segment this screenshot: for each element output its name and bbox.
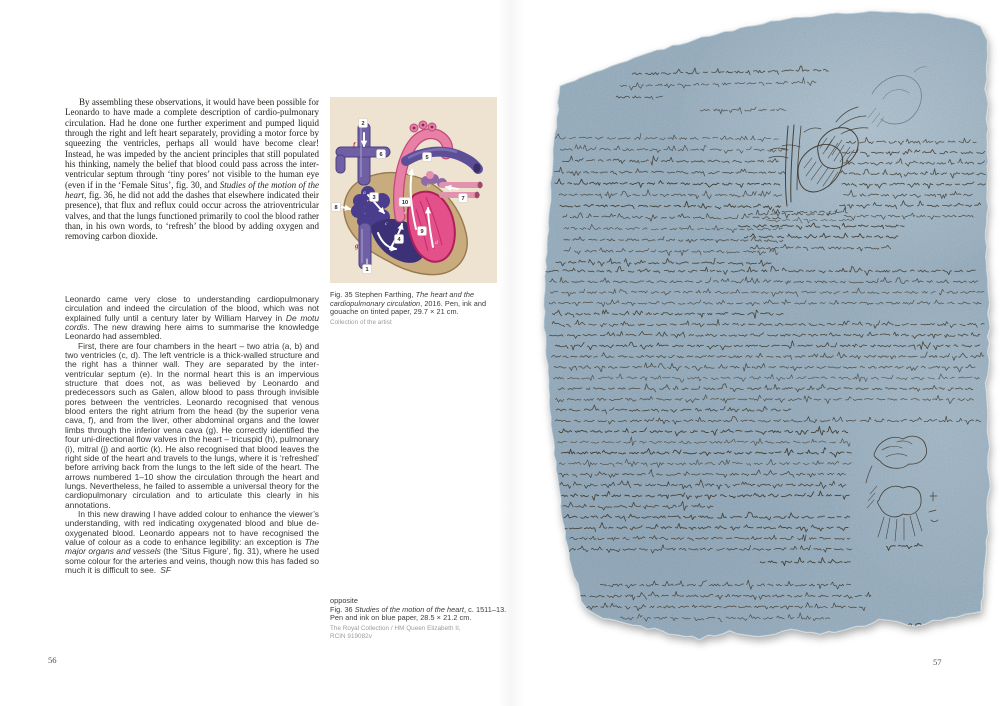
- page-number-left: 56: [48, 655, 57, 665]
- commentary-paragraph-3: In this new drawing I have added colour …: [65, 510, 319, 575]
- svg-text:3: 3: [372, 195, 375, 201]
- manuscript-artwork-fig36: [520, 0, 1000, 706]
- heart-diagram-image: 12345678910fgabcde: [330, 97, 497, 283]
- svg-text:a: a: [363, 190, 366, 196]
- svg-text:1: 1: [365, 267, 368, 273]
- svg-text:7: 7: [461, 196, 464, 202]
- intro-paragraph-text: By assembling these observations, it wou…: [65, 97, 319, 241]
- figure-36-credit-line1: The Royal Collection / HM Queen Elizabet…: [330, 625, 514, 633]
- commentary-paragraph-1: Leonardo came very close to understandin…: [65, 295, 319, 342]
- figure-36-caption: opposite Fig. 36 Studies of the motion o…: [330, 597, 514, 640]
- figure-35-credit: Collection of the artist: [330, 319, 514, 327]
- svg-text:8: 8: [334, 205, 337, 211]
- figure-35-caption: Fig. 35 Stephen Farthing, The heart and …: [330, 291, 514, 327]
- svg-text:10: 10: [402, 200, 408, 206]
- svg-text:5: 5: [425, 155, 428, 161]
- figure-36-caption-text: Fig. 36 Studies of the motion of the hea…: [330, 606, 514, 623]
- svg-text:d: d: [435, 240, 438, 246]
- svg-text:g: g: [354, 242, 359, 250]
- intro-paragraph: By assembling these observations, it wou…: [65, 97, 319, 242]
- figure-35-caption-text: Fig. 35 Stephen Farthing, The heart and …: [330, 291, 514, 317]
- svg-text:6: 6: [379, 152, 382, 158]
- figure-35-heart-diagram: 12345678910fgabcde: [330, 97, 497, 283]
- svg-text:2: 2: [361, 121, 364, 127]
- page-number-right: 57: [933, 657, 942, 667]
- commentary-paragraph-2: First, there are four chambers in the he…: [65, 342, 319, 510]
- svg-text:b: b: [427, 183, 430, 189]
- figure-36-credit-line2: RCIN 919082v: [330, 633, 514, 641]
- svg-text:9: 9: [420, 229, 423, 235]
- commentary-text-block: Leonardo came very close to understandin…: [65, 295, 319, 575]
- figure-36-credit: The Royal Collection / HM Queen Elizabet…: [330, 625, 514, 640]
